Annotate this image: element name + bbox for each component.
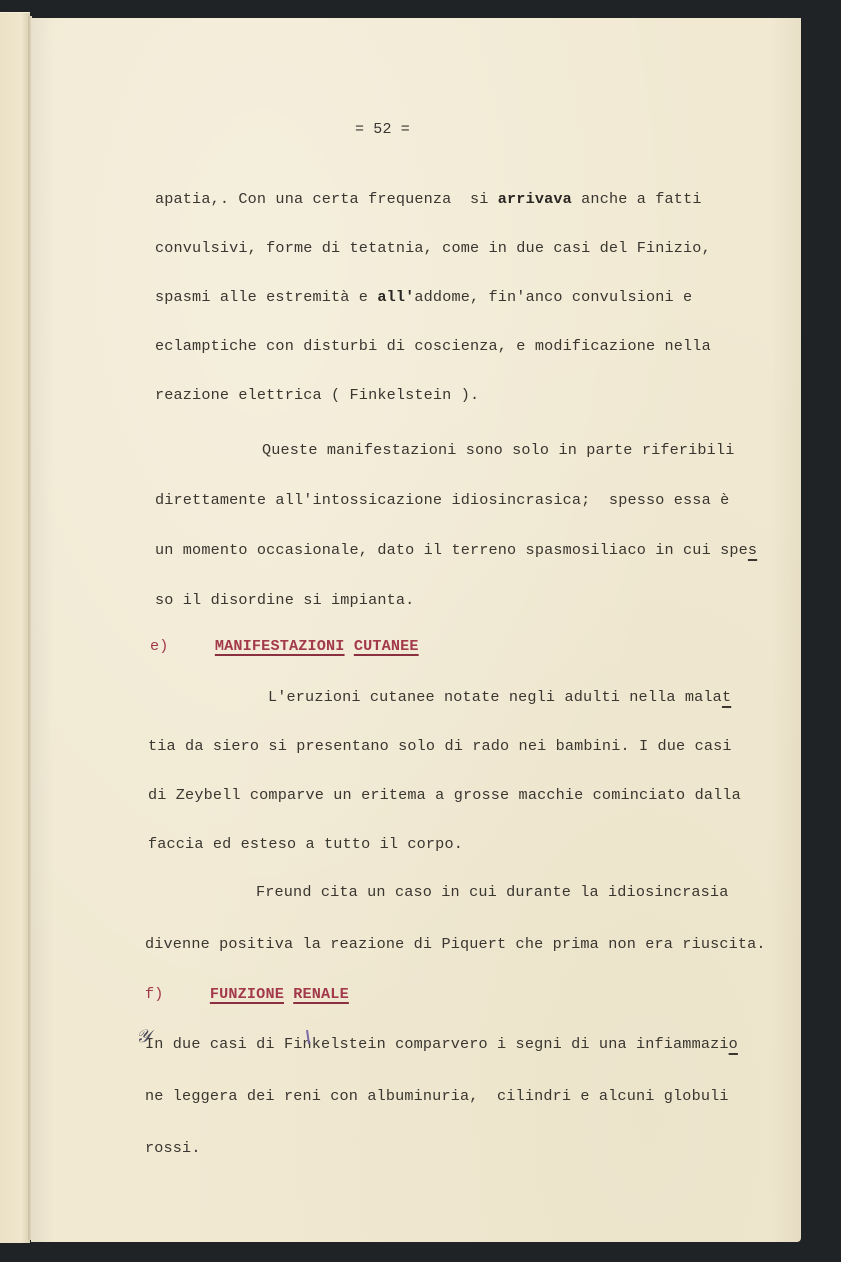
section-title-word: FUNZIONE: [210, 985, 284, 1003]
text-line: convulsivi, forme di tetatnia, come in d…: [155, 238, 711, 258]
hyphenation-underline: t: [722, 688, 731, 706]
text-span: spasmi alle estremità e: [155, 288, 377, 306]
section-title-word: RENALE: [293, 985, 349, 1003]
text-span: un momento occasionale, dato il terreno …: [155, 541, 748, 559]
page-number: = 52 =: [355, 120, 410, 140]
text-line: Freund cita un caso in cui durante la id…: [256, 882, 728, 902]
section-title-word: MANIFESTAZIONI: [215, 637, 345, 655]
text-span: anche a fatti: [572, 190, 702, 208]
overstruck-text: arrivava: [498, 190, 572, 208]
text-span: L'eruzioni cutanee notate negli adulti n…: [268, 688, 722, 706]
text-line: ne leggera dei reni con albuminuria, cil…: [145, 1086, 729, 1106]
section-heading-f: f) FUNZIONE RENALE: [145, 984, 349, 1004]
text-line: direttamente all'intossicazione idiosinc…: [155, 490, 729, 510]
text-line: un momento occasionale, dato il terreno …: [155, 540, 757, 560]
text-line: Queste manifestazioni sono solo in parte…: [262, 440, 734, 460]
section-letter: f): [145, 985, 164, 1003]
text-line: so il disordine si impianta.: [155, 590, 414, 610]
document-page: = 52 =apatia,. Con una certa frequenza s…: [31, 18, 801, 1242]
text-line: di Zeybell comparve un eritema a grosse …: [148, 785, 741, 805]
text-line: rossi.: [145, 1138, 201, 1158]
text-line: spasmi alle estremità e all'addome, fin'…: [155, 287, 692, 307]
overstruck-text: all': [377, 288, 414, 306]
adjacent-left-page: [0, 12, 30, 1243]
text-line: In due casi di Finkelstein comparvero i …: [145, 1034, 738, 1054]
hyphenation-underline: o: [729, 1035, 738, 1053]
text-line: divenne positiva la reazione di Piquert …: [145, 934, 766, 954]
handwritten-paragraph-mark: 𝒴: [136, 1026, 150, 1047]
text-line: faccia ed esteso a tutto il corpo.: [148, 834, 463, 854]
text-line: L'eruzioni cutanee notate negli adulti n…: [268, 687, 731, 707]
text-line: eclamptiche con disturbi di coscienza, e…: [155, 336, 711, 356]
section-letter: e): [150, 637, 169, 655]
text-line: tia da siero si presentano solo di rado …: [148, 736, 732, 756]
text-line: apatia,. Con una certa frequenza si arri…: [155, 189, 702, 209]
text-span: addome, fin'anco convulsioni e: [414, 288, 692, 306]
section-heading-e: e) MANIFESTAZIONI CUTANEE: [150, 636, 419, 656]
text-span: apatia,. Con una certa frequenza si: [155, 190, 498, 208]
text-line: reazione elettrica ( Finkelstein ).: [155, 385, 479, 405]
text-span: In due casi di Finkelstein comparvero i …: [145, 1035, 729, 1053]
hyphenation-underline: s: [748, 541, 757, 559]
section-title-word: CUTANEE: [354, 637, 419, 655]
